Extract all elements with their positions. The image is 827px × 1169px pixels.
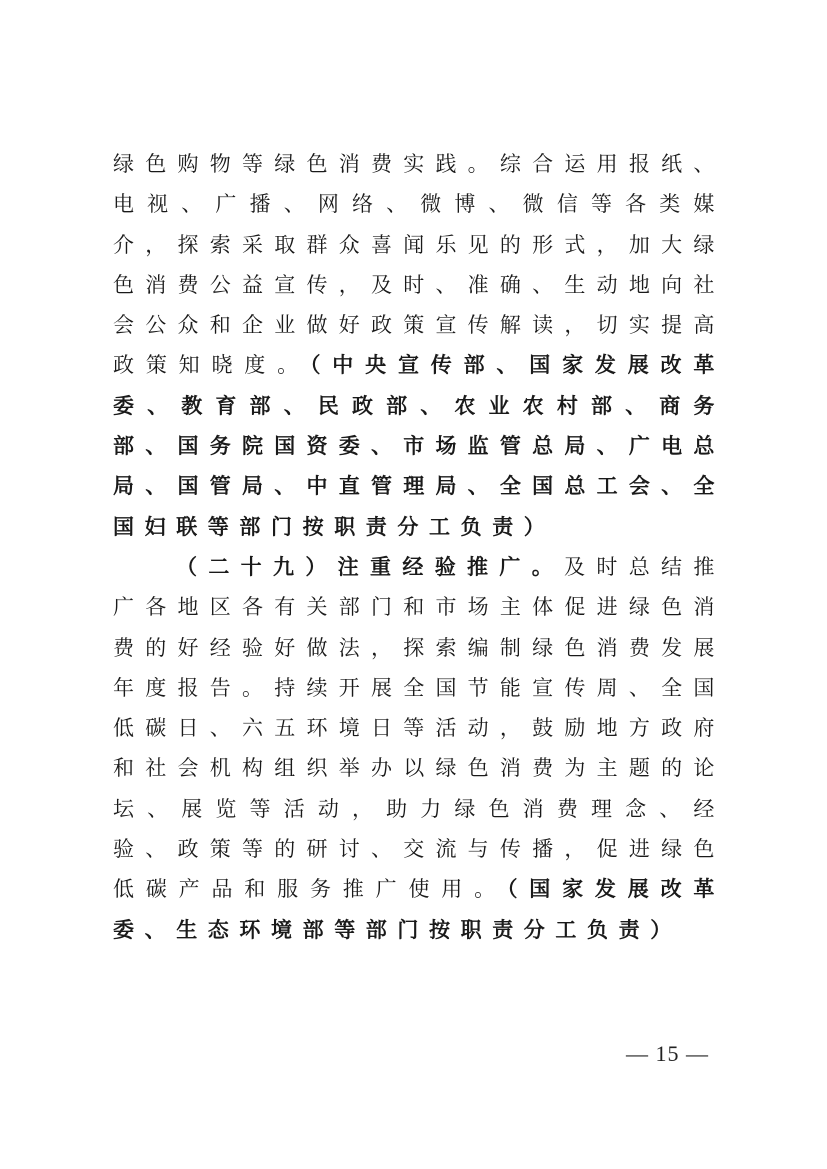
document-page: 绿色购物等绿色消费实践。综合运用报纸、电视、广播、网络、微博、微信等各类媒介，探… <box>0 0 827 1169</box>
page-number: — 15 — <box>626 1041 709 1067</box>
paragraph-item-29: （二十九）注重经验推广。及时总结推广各地区各有关部门和市场主体促进绿色消费的好经… <box>113 547 725 950</box>
item-heading: （二十九）注重经验推广。 <box>176 554 564 579</box>
responsible-agencies: （中央宣传部、国家发展改革委、教育部、民政部、农业农村部、商务部、国务院国资委、… <box>113 352 725 538</box>
paragraph-continuation: 绿色购物等绿色消费实践。综合运用报纸、电视、广播、网络、微博、微信等各类媒介，探… <box>113 144 725 547</box>
body-text: 绿色购物等绿色消费实践。综合运用报纸、电视、广播、网络、微博、微信等各类媒介，探… <box>113 144 725 950</box>
paragraph-body: 及时总结推广各地区各有关部门和市场主体促进绿色消费的好经验好做法，探索编制绿色消… <box>113 555 725 901</box>
paragraph-body: 绿色购物等绿色消费实践。综合运用报纸、电视、广播、网络、微博、微信等各类媒介，探… <box>113 152 725 377</box>
